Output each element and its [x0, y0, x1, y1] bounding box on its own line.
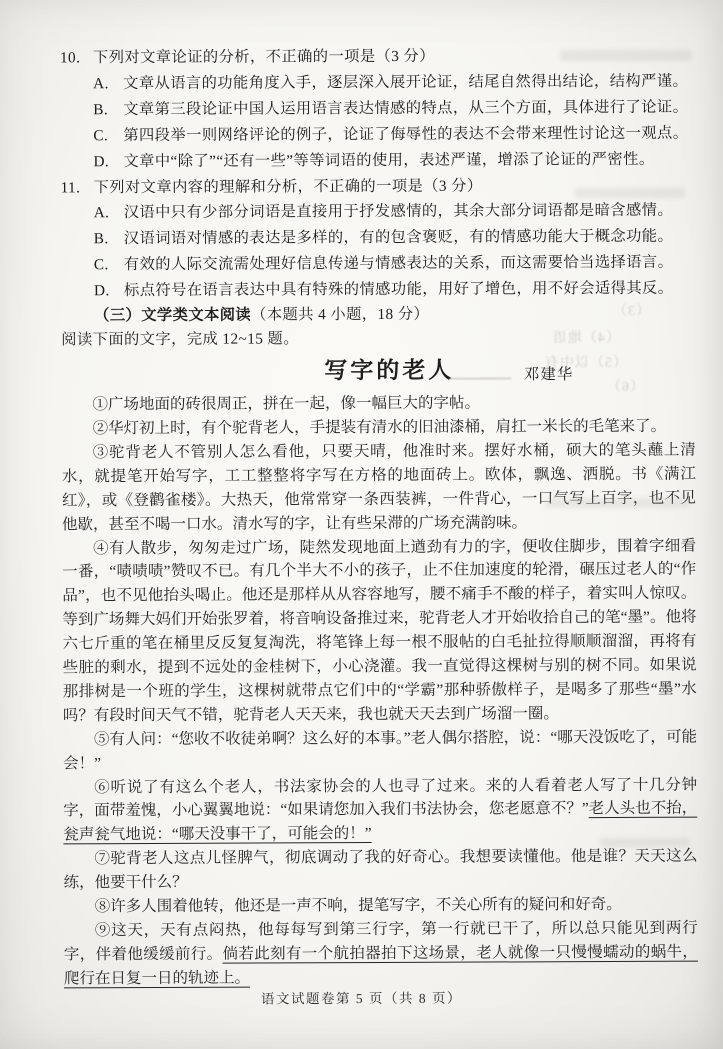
passage-paragraph-6: ⑥听说了有这么个老人，书法家协会的人也寻了过来。来的人看着老人写了十几分钟字，面…	[63, 773, 697, 847]
question-10: 10.下列对文章论证的分析，不正确的一项是（3 分） A.文章从语言的功能角度入…	[60, 43, 695, 175]
option-text: 文章第三段论证中国人运用语言表达情感的特点，从三个方面，具体进行了论证。	[123, 98, 688, 117]
passage-paragraph-3: ③驼背老人不管别人怎么看他，只要天晴，他准时来。摆好水桶，硕大的笔头蘸上清水，就…	[62, 438, 696, 536]
passage-paragraph-4: ④有人散步，匆匆走过广场，陡然发现地面上遒劲有力的字，便收住脚步，围着字细看一番…	[62, 534, 697, 728]
bleedthrough-text: （6）	[606, 376, 644, 396]
question-10-option-a: A.文章从语言的功能角度入手，逐层深入展开论证，结尾自然得出结论，结构严谨。	[60, 69, 694, 98]
option-text: 汉语词语对情感的表达是多样的，有的包含褒贬，有的情感功能大于概念功能。	[124, 228, 673, 247]
question-10-option-b: B.文章第三段论证中国人运用语言表达情感的特点，从三个方面，具体进行了论证。	[60, 94, 694, 123]
paragraph-text: ①广场地面的砖很周正，拼在一起，像一幅巨大的字帖。	[92, 395, 480, 414]
section-heading: （三）文学类文本阅读（本题共 4 小题，18 分）	[61, 302, 695, 329]
option-label: D.	[94, 278, 124, 304]
paragraph-text: ③驼背老人不管别人怎么看他，只要天晴，他准时来。摆好水桶，硕大的笔头蘸上清水，就…	[62, 441, 696, 532]
passage-paragraph-5: ⑤有人问：“您收不收徒弟啊？这么好的本事。”老人偶尔搭腔，说：“哪天没饭吃了，可…	[63, 725, 697, 776]
scan-smudge	[575, 188, 685, 198]
question-11-number: 11.	[61, 175, 94, 201]
option-text: 文章中“除了”“还有一些”等等词语的使用，表述严谨，增添了论证的严密性。	[123, 150, 654, 169]
option-text: 文章从语言的功能角度入手，逐层深入展开论证，结尾自然得出结论，结构严谨。	[123, 73, 688, 92]
question-11-stem-text: 下列对文章内容的理解和分析，不正确的一项是（3 分）	[94, 177, 483, 196]
scanned-exam-page: 10.下列对文章论证的分析，不正确的一项是（3 分） A.文章从语言的功能角度入…	[0, 0, 723, 1049]
option-text: 汉语中只有少部分词语是直接用于抒发感情的，其余大部分词语都是暗含感情。	[124, 202, 673, 221]
option-label: C.	[93, 123, 123, 149]
passage-paragraph-2: ②华灯初上时，有个驼背老人，手提装有清水的旧油漆桶，肩扛一米长的毛笔来了。	[62, 415, 696, 442]
option-text: 第四段举一则网络评论的例子，论证了侮辱性的表达不会带来理性讨论这一观点。	[123, 124, 688, 143]
passage-paragraph-9: ⑨这天，天有点闷热，他每每写到第三行字，第一行就已干了，所以总只能见到两行字，伴…	[64, 917, 698, 991]
question-11-option-b: B.汉语词语对情感的表达是多样的，有的包含褒贬，有的情感功能大于概念功能。	[61, 224, 695, 253]
question-10-option-c: C.第四段举一则网络评论的例子，论证了侮辱性的表达不会带来理性讨论这一观点。	[60, 120, 694, 149]
question-11-option-d: D.标点符号在语言表达中具有特殊的情感功能，用好了增色，用不好会适得其反。	[61, 276, 695, 305]
question-10-option-d: D.文章中“除了”“还有一些”等等词语的使用，表述严谨，增添了论证的严密性。	[60, 146, 694, 175]
question-10-number: 10.	[60, 45, 93, 71]
paragraph-text: ⑧许多人围着他转，他还是一声不响，提笔写字，不关心所有的疑问和好奇。	[95, 896, 622, 915]
scan-smudge	[600, 838, 690, 847]
option-label: A.	[93, 71, 123, 97]
section-heading-points: （本题共 4 小题，18 分）	[251, 306, 429, 324]
page-footer: 语文试题卷第 5 页（共 8 页）	[0, 985, 723, 1008]
bleedthrough-text: （4）地语	[552, 327, 620, 347]
option-text: 有效的人际交流需处理好信息传递与情感表达的关系，而这需要恰当选择语言。	[124, 254, 673, 273]
passage-paragraph-7: ⑦驼背老人这点儿怪脾气，彻底调动了我的好奇心。我想要读懂他。他是谁？天天这么练，…	[63, 845, 697, 896]
scan-smudge	[560, 50, 692, 61]
passage-paragraph-8: ⑧许多人围着他转，他还是一声不响，提笔写字，不关心所有的疑问和好奇。	[64, 893, 698, 920]
option-label: A.	[94, 201, 124, 227]
question-11-option-a: A.汉语中只有少部分词语是直接用于抒发感情的，其余大部分词语都是暗含感情。	[61, 198, 695, 227]
option-label: B.	[94, 226, 124, 252]
passage-title: 写字的老人	[324, 354, 454, 389]
paragraph-text: ⑦驼背老人这点儿怪脾气，彻底调动了我的好奇心。我想要读懂他。他是谁？天天这么练，…	[64, 848, 698, 892]
paragraph-text: ⑤有人问：“您收不收徒弟啊？这么好的本事。”老人偶尔搭腔，说：“哪天没饭吃了，可…	[63, 728, 697, 772]
passage-paragraph-1: ①广场地面的砖很周正，拼在一起，像一幅巨大的字帖。	[61, 391, 695, 418]
question-10-stem-text: 下列对文章论证的分析，不正确的一项是（3 分）	[93, 48, 435, 66]
bleedthrough-text: （3）	[612, 300, 650, 320]
paragraph-text: ②华灯初上时，有个驼背老人，手提装有清水的旧油漆桶，肩扛一米长的毛笔来了。	[93, 418, 667, 438]
option-label: B.	[93, 97, 123, 123]
section-heading-title: （三）文学类文本阅读	[94, 307, 251, 325]
passage-body: ①广场地面的砖很周正，拼在一起，像一幅巨大的字帖。 ②华灯初上时，有个驼背老人，…	[61, 391, 698, 991]
paragraph-text: ④有人散步，匆匆走过广场，陡然发现地面上遒劲有力的字，便收住脚步，围着字细看一番…	[62, 537, 697, 724]
question-11-option-c: C.有效的人际交流需处理好信息传递与情感表达的关系，而这需要恰当选择语言。	[61, 250, 695, 279]
bleedthrough-text: （5）以中有	[544, 352, 627, 373]
scan-smudge	[545, 498, 690, 508]
option-label: C.	[94, 252, 124, 278]
page-content: 10.下列对文章论证的分析，不正确的一项是（3 分） A.文章从语言的功能角度入…	[60, 43, 698, 991]
scan-smudge	[449, 377, 511, 379]
option-text: 标点符号在语言表达中具有特殊的情感功能，用好了增色，用不好会适得其反。	[124, 280, 673, 299]
option-label: D.	[93, 149, 123, 175]
